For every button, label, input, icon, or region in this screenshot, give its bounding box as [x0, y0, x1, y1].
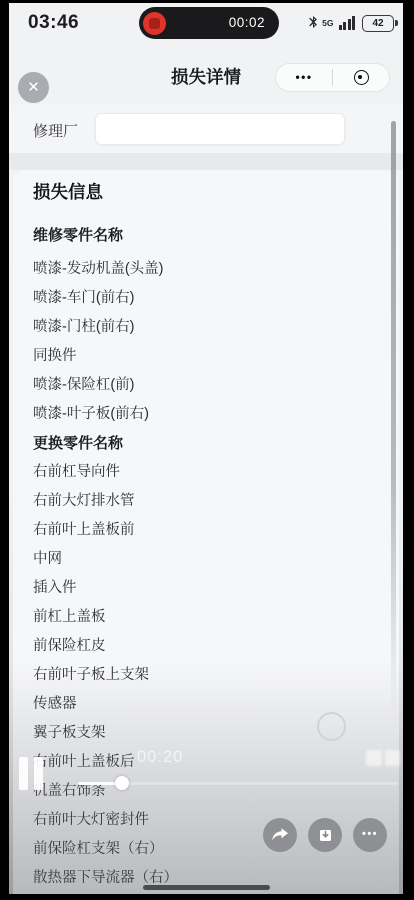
- list-item: 右前叶上盖板后: [33, 748, 379, 777]
- download-button[interactable]: [308, 818, 342, 852]
- repair-parts-list: 喷漆-发动机盖(头盖)喷漆-车门(前右)喷漆-门柱(前右)同换件喷漆-保险杠(前…: [33, 255, 379, 429]
- section-gap: [9, 153, 403, 170]
- scrollbar[interactable]: [391, 121, 396, 716]
- record-stop-icon[interactable]: [143, 12, 166, 35]
- clock: 03:46: [28, 12, 79, 34]
- device-frame: 03:46 00:02 5G 42 ✕ 损失详情: [0, 0, 414, 900]
- list-item: 右前叶子板上支架: [33, 661, 379, 690]
- floating-actions: •••: [263, 818, 387, 852]
- progress-slider[interactable]: [78, 776, 398, 790]
- pause-button[interactable]: [19, 757, 53, 791]
- target-circle-icon: [354, 70, 369, 85]
- list-item: 右前叶上盖板前: [33, 516, 379, 545]
- status-icons: 5G 42: [309, 11, 394, 35]
- list-item: 喷漆-保险杠(前): [33, 371, 379, 400]
- status-bar: 03:46 00:02 5G 42: [9, 3, 403, 48]
- list-item: 喷漆-车门(前右): [33, 284, 379, 313]
- repair-shop-row: 修理厂: [9, 105, 403, 153]
- ellipsis-icon: •••: [362, 828, 378, 843]
- share-icon: [271, 827, 289, 843]
- list-item: 前杠上盖板: [33, 603, 379, 632]
- list-item: 前保险杠皮: [33, 632, 379, 661]
- battery-icon: 42: [362, 15, 394, 32]
- speed-watermark: [366, 750, 400, 766]
- screen: 03:46 00:02 5G 42 ✕ 损失详情: [9, 3, 403, 894]
- more-icon: •••: [295, 70, 312, 86]
- capsule-more-button[interactable]: •••: [276, 64, 332, 91]
- capsule-exit-button[interactable]: [333, 64, 389, 91]
- signal-bars-icon: [339, 16, 356, 30]
- battery-percent: 42: [372, 18, 383, 29]
- list-item: 同换件: [33, 342, 379, 371]
- playback-time: 00:20: [137, 748, 183, 767]
- list-item: 喷漆-门柱(前右): [33, 313, 379, 342]
- section-title-replace-parts: 更换零件名称: [33, 429, 379, 458]
- section-title-loss-info: 损失信息: [33, 181, 379, 203]
- list-item: 中网: [33, 545, 379, 574]
- network-type-label: 5G: [322, 19, 333, 28]
- home-indicator[interactable]: [143, 885, 270, 890]
- section-title-repair-parts: 维修零件名称: [33, 221, 379, 250]
- screen-recording-pill[interactable]: 00:02: [139, 7, 279, 39]
- more-actions-button[interactable]: •••: [353, 818, 387, 852]
- miniprogram-capsule: •••: [275, 63, 390, 92]
- repair-shop-input[interactable]: [95, 113, 345, 145]
- list-item: 右前杠导向件: [33, 458, 379, 487]
- list-item: 喷漆-发动机盖(头盖): [33, 255, 379, 284]
- bluetooth-icon: [309, 16, 318, 30]
- nav-bar: ✕ 损失详情 •••: [9, 48, 403, 105]
- list-item: 插入件: [33, 574, 379, 603]
- share-button[interactable]: [263, 818, 297, 852]
- list-item: 喷漆-叶子板(前右): [33, 400, 379, 429]
- slider-thumb[interactable]: [115, 776, 129, 790]
- list-item: 右前大灯排水管: [33, 487, 379, 516]
- download-icon: [317, 827, 334, 844]
- loading-ring: [317, 712, 346, 741]
- recording-timer: 00:02: [229, 15, 265, 30]
- repair-shop-label: 修理厂: [33, 120, 78, 141]
